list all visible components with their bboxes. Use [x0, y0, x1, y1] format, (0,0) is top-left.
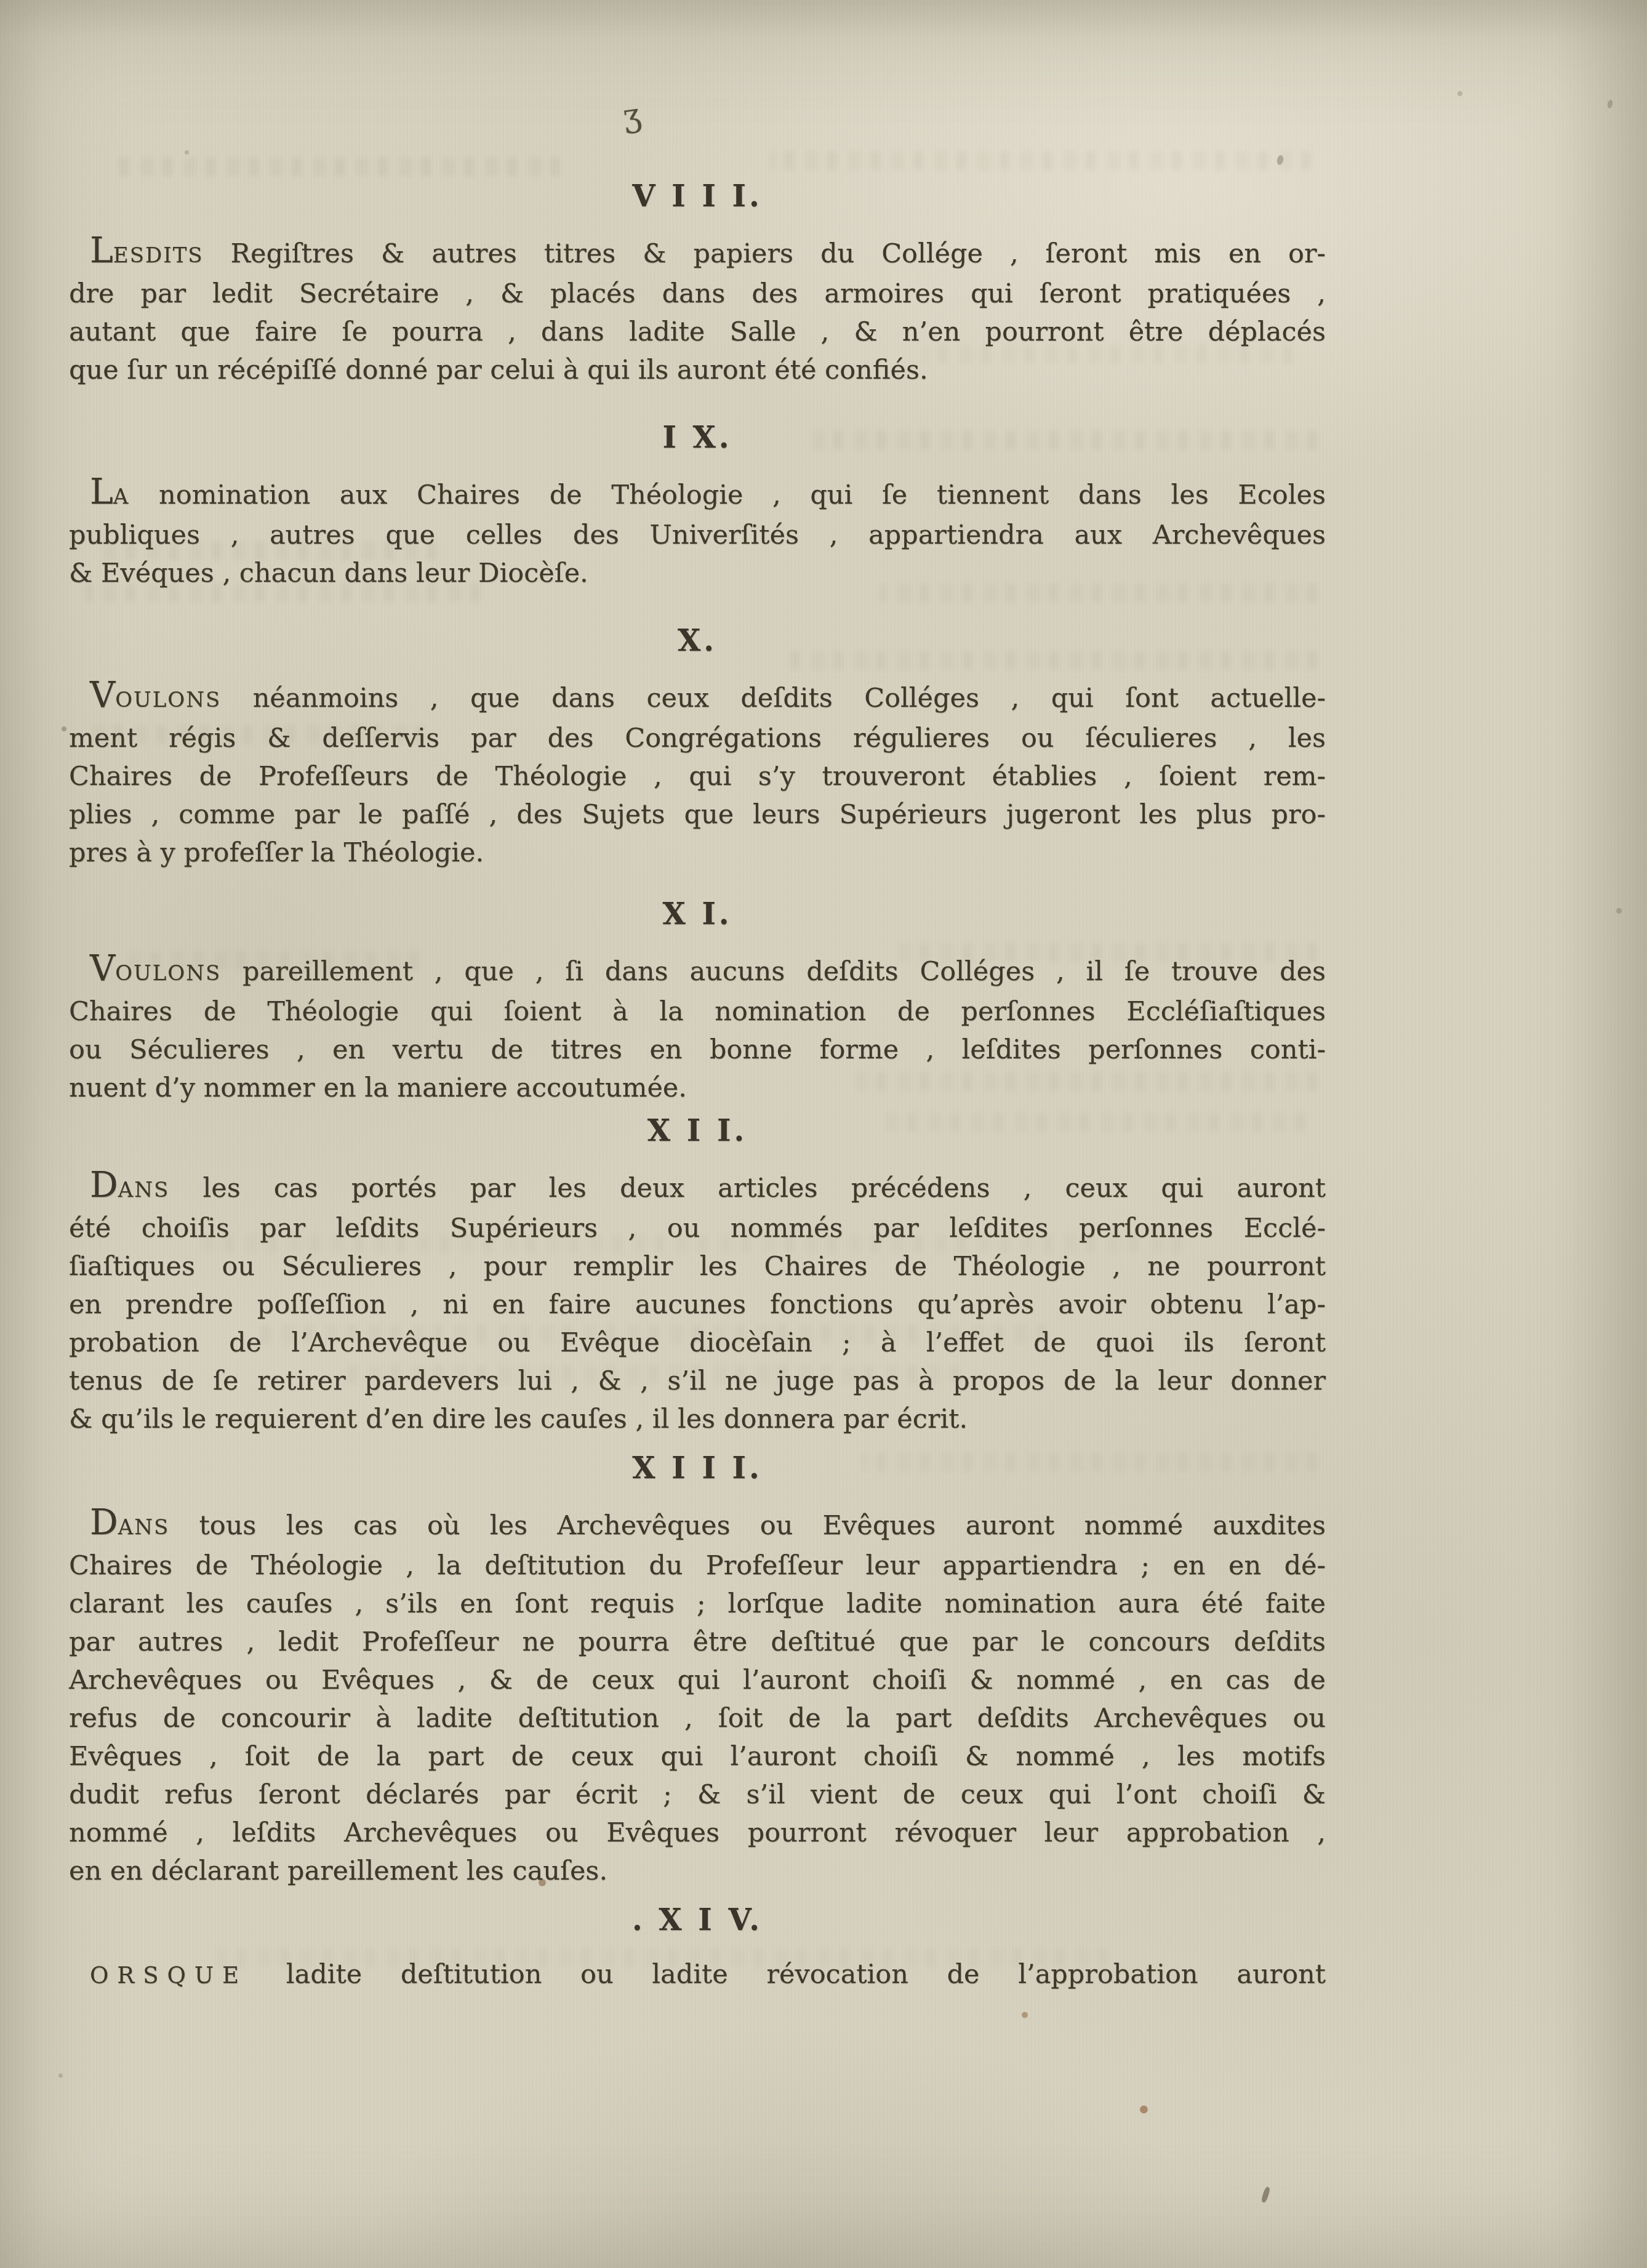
lead-word: DANS	[90, 1510, 169, 1541]
lead-initial: L	[90, 472, 113, 512]
article-body: DANS les cas portés par les deux article…	[69, 1166, 1326, 1438]
line-text: ladite deſtitution ou ladite révocation …	[247, 1959, 1326, 1990]
text-line: en en déclarant pareillement les cauſes.	[69, 1852, 1326, 1890]
lead-word: VOULONS	[90, 956, 221, 987]
article-body: LA nomination aux Chaires de Théologie ,…	[69, 473, 1326, 592]
article-heading: X I.	[69, 896, 1326, 932]
lead-initial: D	[90, 1502, 118, 1543]
lead-word: LA	[90, 480, 129, 510]
line-text: néanmoins , que dans ceux deſdits Collég…	[221, 683, 1326, 714]
ink-speck	[62, 726, 66, 731]
text-line: & Evéques , chacun dans leur Diocèſe.	[69, 554, 1326, 592]
lead-word: LESDITS	[90, 238, 204, 269]
text-line: dudit refus ſeront déclarés par écrit ; …	[69, 1775, 1326, 1814]
article-heading: I X.	[69, 420, 1326, 456]
article-body: VOULONS pareillement , que , ſi dans auc…	[69, 949, 1326, 1107]
article-body: ORSQUE ladite deſtitution ou ladite révo…	[69, 1955, 1326, 1995]
text-line: nuent d’y nommer en la maniere accoutumé…	[69, 1069, 1326, 1107]
text-line: nommé , leſdits Archevêques ou Evêques p…	[69, 1814, 1326, 1852]
lead-small-caps: OULONS	[115, 688, 221, 712]
lead-small-caps: A	[113, 485, 130, 509]
text-line: LESDITS Regiſtres & autres titres & papi…	[69, 231, 1326, 275]
text-line: LA nomination aux Chaires de Théologie ,…	[69, 473, 1326, 516]
ink-speck	[58, 2073, 63, 2078]
line-text: tous les cas où les Archevêques ou Evêqu…	[169, 1510, 1326, 1541]
text-line: VOULONS pareillement , que , ſi dans auc…	[69, 949, 1326, 992]
lead-word: VOULONS	[90, 683, 221, 714]
text-line: par autres , ledit Profeſſeur ne pourra …	[69, 1623, 1326, 1661]
line-text: Regiſtres & autres titres & papiers du C…	[204, 238, 1326, 269]
article-heading: X.	[69, 623, 1326, 659]
article-viii: V I I I.LESDITS Regiſtres & autres titre…	[69, 179, 1326, 389]
ink-speck	[1457, 91, 1462, 96]
lead-small-caps: ESDITS	[113, 243, 204, 268]
text-line: VOULONS néanmoins , que dans ceux deſdit…	[69, 676, 1326, 719]
text-line: pres à y profeſſer la Théologie.	[69, 834, 1326, 872]
text-line: probation de l’Archevêque ou Evêque dioc…	[69, 1324, 1326, 1362]
line-text: nomination aux Chaires de Théologie , qu…	[129, 480, 1326, 510]
scanned-document-page: { "ornament": { "glyph": "ʒ" }, "section…	[0, 0, 1647, 2268]
page-scan: ʒ V I I I.LESDITS Regiſtres & autres tit…	[0, 0, 1647, 2268]
article-body: VOULONS néanmoins , que dans ceux deſdit…	[69, 676, 1326, 872]
text-line: tenus de ſe retirer pardevers lui , & , …	[69, 1362, 1326, 1400]
article-heading: X I I I.	[69, 1450, 1326, 1486]
text-line: dre par ledit Secrétaire , & placés dans…	[69, 275, 1326, 313]
article-xii: X I I.DANS les cas portés par les deux a…	[69, 1113, 1326, 1438]
lead-small-caps: OULONS	[115, 961, 221, 986]
text-line: Chaires de Profeſſeurs de Théologie , qu…	[69, 757, 1326, 795]
article-x: X.VOULONS néanmoins , que dans ceux deſd…	[69, 623, 1326, 872]
text-line: été choiſis par leſdits Supérieurs , ou …	[69, 1209, 1326, 1247]
text-line: que ſur un récépiſſé donné par celui à q…	[69, 351, 1326, 389]
text-line: plies , comme par le paſſé , des Sujets …	[69, 795, 1326, 834]
article-heading: X I I.	[69, 1113, 1326, 1149]
lead-initial: L	[90, 230, 113, 271]
text-line: DANS les cas portés par les deux article…	[69, 1166, 1326, 1209]
lead-small-caps: ANS	[118, 1178, 170, 1202]
lead-small-caps: ORSQUE	[90, 1962, 247, 1989]
text-line: ſiaſtiques ou Séculieres , pour remplir …	[69, 1247, 1326, 1285]
article-ix: I X.LA nomination aux Chaires de Théolog…	[69, 420, 1326, 592]
text-line: Evêques , ſoit de la part de ceux qui l’…	[69, 1737, 1326, 1775]
line-text: pareillement , que , ſi dans aucuns deſd…	[221, 956, 1326, 987]
ink-speck	[1260, 2186, 1271, 2203]
article-heading: . X I V.	[69, 1902, 1326, 1938]
text-line: & qu’ils le requierent d’en dire les cau…	[69, 1400, 1326, 1438]
text-line: Archevêques ou Evêques , & de ceux qui l…	[69, 1661, 1326, 1699]
ink-speck	[1022, 2012, 1028, 2018]
text-line: ou Séculieres , en vertu de titres en bo…	[69, 1031, 1326, 1069]
ink-speck	[1616, 908, 1622, 914]
article-body: DANS tous les cas où les Archevêques ou …	[69, 1503, 1326, 1890]
lead-initial: V	[90, 675, 115, 715]
text-block: V I I I.LESDITS Regiſtres & autres titre…	[69, 92, 1326, 1995]
text-line: en prendre poſſeſſion , ni en faire aucu…	[69, 1285, 1326, 1324]
text-line: autant que faire ſe pourra , dans ladite…	[69, 313, 1326, 351]
lead-word: ORSQUE	[90, 1959, 247, 1990]
text-line: Chaires de Théologie , la deſtitution du…	[69, 1546, 1326, 1585]
lead-initial: D	[90, 1165, 118, 1205]
text-line: DANS tous les cas où les Archevêques ou …	[69, 1503, 1326, 1546]
ink-speck	[1140, 2105, 1148, 2113]
lead-initial: V	[90, 948, 115, 989]
lead-small-caps: ANS	[118, 1515, 170, 1540]
line-text: les cas portés par les deux articles pré…	[169, 1173, 1326, 1204]
text-line: ment régis & deſſervis par des Congrégat…	[69, 719, 1326, 757]
ink-speck	[1607, 99, 1613, 108]
text-line: refus de concourir à ladite deſtitution …	[69, 1699, 1326, 1737]
article-xiv: . X I V.ORSQUE ladite deſtitution ou lad…	[69, 1902, 1326, 1995]
article-xi: X I.VOULONS pareillement , que , ſi dans…	[69, 896, 1326, 1107]
article-heading: V I I I.	[69, 179, 1326, 214]
article-xiii: X I I I.DANS tous les cas où les Archevê…	[69, 1450, 1326, 1890]
text-line: publiques , autres que celles des Univer…	[69, 516, 1326, 554]
text-line: ORSQUE ladite deſtitution ou ladite révo…	[69, 1955, 1326, 1995]
text-line: clarant les cauſes , s’ils en ſont requi…	[69, 1585, 1326, 1623]
lead-word: DANS	[90, 1173, 169, 1204]
text-line: Chaires de Théologie qui ſoient à la nom…	[69, 992, 1326, 1031]
article-body: LESDITS Regiſtres & autres titres & papi…	[69, 231, 1326, 389]
